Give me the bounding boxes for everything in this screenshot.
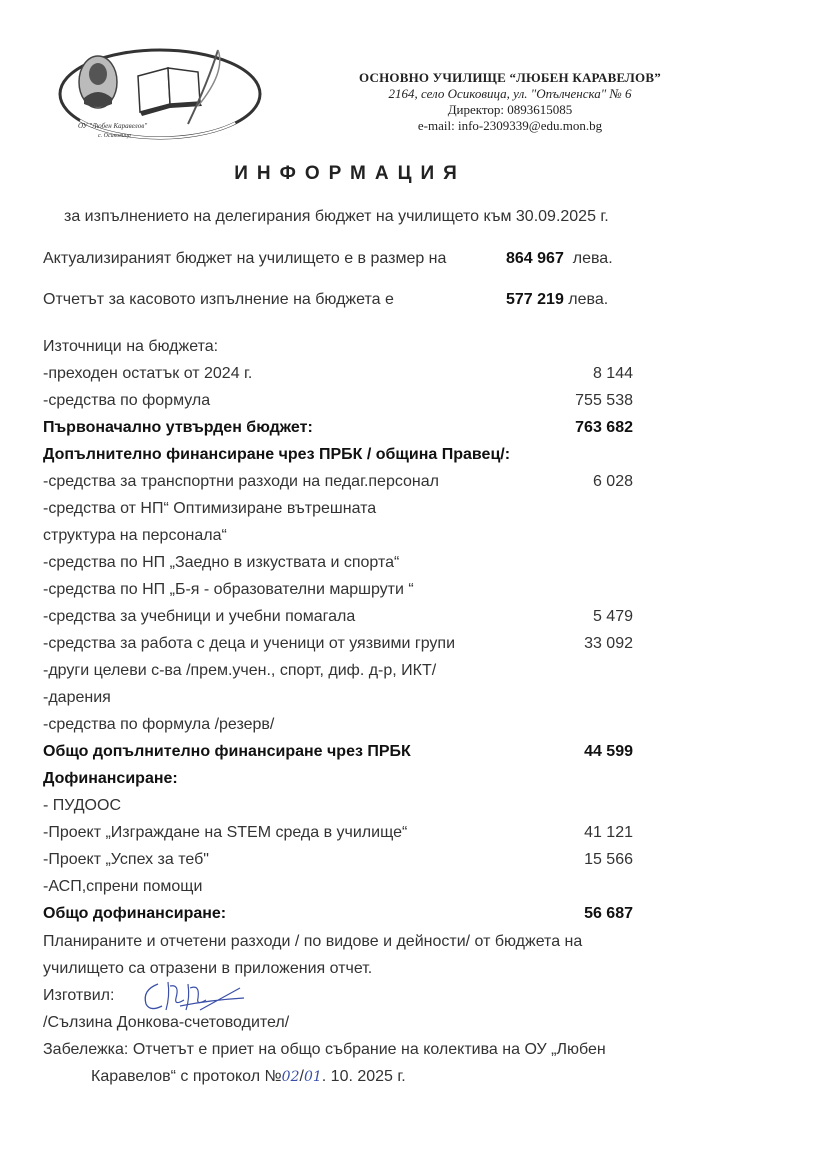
- row-label: -АСП,спрени помощи: [43, 878, 202, 895]
- summary-cash-execution: Отчетът за касовото изпълнение на бюджет…: [43, 291, 394, 309]
- row-label: -средства за учебници и учебни помагала: [43, 608, 355, 625]
- letterhead: ОСНОВНО УЧИЛИЩЕ “ЛЮБЕН КАРАВЕЛОВ” 2164, …: [330, 70, 690, 134]
- row-amount: 33 092: [584, 630, 633, 657]
- budget-row: -АСП,спрени помощи: [43, 873, 643, 900]
- row-amount: 6 028: [593, 468, 633, 495]
- row-label: Допълнително финансиране чрез ПРБК / общ…: [43, 446, 510, 463]
- budget-row: Източници на бюджета:: [43, 333, 643, 360]
- budget-row: -средства от НП“ Оптимизиране вътрешната: [43, 495, 643, 522]
- budget-row: -преходен остатък от 2024 г.8 144: [43, 360, 643, 387]
- budget-row: -средства за учебници и учебни помагала5…: [43, 603, 643, 630]
- row-amount: 5 479: [593, 603, 633, 630]
- school-logo: ОУ "Любен Каравелов" с. Осиковица: [48, 42, 262, 146]
- budget-row: -Проект „Изграждане на STEM среда в учил…: [43, 819, 643, 846]
- row-label: структура на персонала“: [43, 527, 227, 544]
- budget-row: -средства по формула /резерв/: [43, 711, 643, 738]
- row-amount: 56 687: [584, 900, 633, 927]
- summary-value: 577 219: [506, 291, 564, 308]
- budget-row: структура на персонала“: [43, 522, 643, 549]
- school-name: ОСНОВНО УЧИЛИЩЕ “ЛЮБЕН КАРАВЕЛОВ”: [330, 70, 690, 86]
- row-amount: 44 599: [584, 738, 633, 765]
- footer-line: Планираните и отчетени разходи / по видо…: [43, 928, 743, 955]
- protocol-number: 02: [282, 1069, 300, 1085]
- row-label: Общо допълнително финансиране чрез ПРБК: [43, 743, 411, 760]
- row-amount: 763 682: [575, 414, 633, 441]
- budget-row: -средства по НП „Б-я - образователни мар…: [43, 576, 643, 603]
- summary-value: 864 967: [506, 250, 564, 267]
- row-label: -средства за транспортни разходи на педа…: [43, 473, 439, 490]
- budget-total-row: Дофинансиране:: [43, 765, 643, 792]
- row-label: -други целеви с-ва /прем.учен., спорт, д…: [43, 662, 436, 679]
- signature: [140, 976, 250, 1016]
- row-label: -дарения: [43, 689, 111, 706]
- row-label: -средства по формула /резерв/: [43, 716, 274, 733]
- svg-text:ОУ "Любен Каравелов": ОУ "Любен Каравелов": [78, 122, 147, 130]
- row-label: -средства от НП“ Оптимизиране вътрешната: [43, 500, 376, 517]
- row-amount: 755 538: [575, 387, 633, 414]
- summary-updated-budget: Актуализираният бюджет на училището е в …: [43, 250, 446, 268]
- budget-row: -средства по НП „Заедно в изкуствата и с…: [43, 549, 643, 576]
- protocol-day: 01: [304, 1069, 322, 1085]
- row-label: -средства по формула: [43, 392, 210, 409]
- school-email: e-mail: info-2309339@edu.mon.bg: [330, 118, 690, 134]
- budget-total-row: Общо допълнително финансиране чрез ПРБК4…: [43, 738, 643, 765]
- budget-total-row: Първоначално утвърден бюджет:763 682: [43, 414, 643, 441]
- row-label: Източници на бюджета:: [43, 338, 218, 355]
- budget-row: -средства за работа с деца и ученици от …: [43, 630, 643, 657]
- row-label: -преходен остатък от 2024 г.: [43, 365, 252, 382]
- budget-row: -Проект „Успех за теб"15 566: [43, 846, 643, 873]
- row-amount: 8 144: [593, 360, 633, 387]
- row-label: -Проект „Изграждане на STEM среда в учил…: [43, 824, 407, 841]
- row-label: Дофинансиране:: [43, 770, 178, 787]
- row-amount: 41 121: [584, 819, 633, 846]
- document-subtitle: за изпълнението на делегирания бюджет на…: [64, 208, 609, 226]
- school-address: 2164, село Осиковица, ул. "Опълченска" №…: [330, 86, 690, 102]
- svg-text:с. Осиковица: с. Осиковица: [98, 133, 131, 139]
- note-line: Забележка: Отчетът е приет на общо събра…: [43, 1036, 743, 1063]
- budget-sources-list: Източници на бюджета:-преходен остатък о…: [43, 333, 643, 927]
- row-label: -средства по НП „Заедно в изкуствата и с…: [43, 554, 399, 571]
- budget-row: -средства по формула755 538: [43, 387, 643, 414]
- note-line-protocol: Каравелов“ с протокол №02/01. 10. 2025 г…: [43, 1063, 743, 1091]
- row-label: - ПУДООС: [43, 797, 121, 814]
- budget-row: -средства за транспортни разходи на педа…: [43, 468, 643, 495]
- summary-unit: лева.: [568, 291, 608, 308]
- row-label: Първоначално утвърден бюджет:: [43, 419, 313, 436]
- row-label: -средства по НП „Б-я - образователни мар…: [43, 581, 414, 598]
- row-label: Общо дофинансиране:: [43, 905, 226, 922]
- summary-label: Актуализираният бюджет на училището е в …: [43, 250, 446, 267]
- row-amount: 15 566: [584, 846, 633, 873]
- director-phone: Директор: 0893615085: [330, 102, 690, 118]
- budget-total-row: Общо дофинансиране:56 687: [43, 900, 643, 927]
- budget-row: -дарения: [43, 684, 643, 711]
- summary-label: Отчетът за касовото изпълнение на бюджет…: [43, 291, 394, 308]
- summary-unit: лева.: [573, 250, 613, 267]
- row-label: -Проект „Успех за теб": [43, 851, 209, 868]
- budget-total-row: Допълнително финансиране чрез ПРБК / общ…: [43, 441, 643, 468]
- document-title: ИНФОРМАЦИЯ: [0, 163, 700, 185]
- budget-row: -други целеви с-ва /прем.учен., спорт, д…: [43, 657, 643, 684]
- row-label: -средства за работа с деца и ученици от …: [43, 635, 455, 652]
- budget-row: - ПУДООС: [43, 792, 643, 819]
